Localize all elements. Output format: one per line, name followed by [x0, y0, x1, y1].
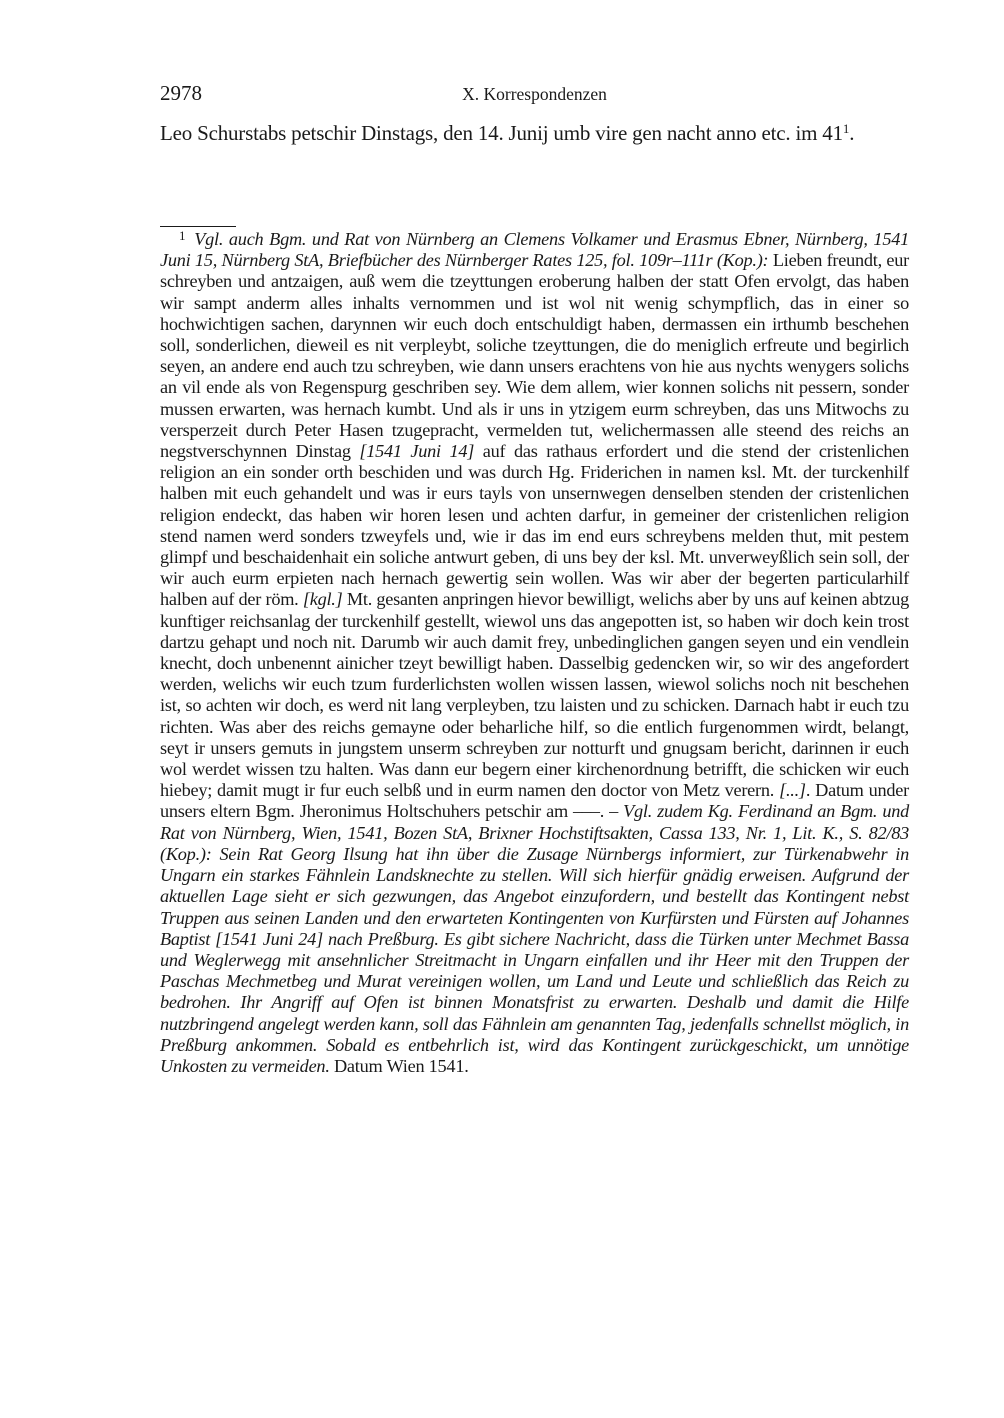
- footnote-quoted-text-cont2: Mt. gesanten anpringen hievor bewilligt,…: [160, 589, 909, 800]
- footnote-quoted-text-cont: auf das rathaus erfordert und die stend …: [160, 441, 909, 609]
- footnote-quoted-text: Lieben freundt, eur schreyben und antzai…: [160, 250, 909, 461]
- footnote-editorial-insertion: [kgl.]: [303, 589, 343, 609]
- main-text-body: Leo Schurstabs petschir Dinstags, den 14…: [160, 121, 843, 145]
- footnote-editorial-date: [1541 Juni 14]: [359, 441, 474, 461]
- footnote-divider: [160, 226, 236, 227]
- footnote-closing-date: Datum Wien 1541.: [330, 1056, 469, 1076]
- footnote-second-citation-summary: – Vgl. zudem Kg. Ferdinand an Bgm. und R…: [160, 801, 909, 1075]
- main-text-paragraph: Leo Schurstabs petschir Dinstags, den 14…: [160, 120, 909, 147]
- page-header: 2978 X. Korrespondenzen: [160, 80, 909, 106]
- running-title: X. Korrespondenzen: [160, 81, 909, 107]
- main-text-end: .: [849, 121, 854, 145]
- footnote-ellipsis: [...]: [779, 780, 806, 800]
- footnote-1: 1Vgl. auch Bgm. und Rat von Nürnberg an …: [160, 229, 909, 1077]
